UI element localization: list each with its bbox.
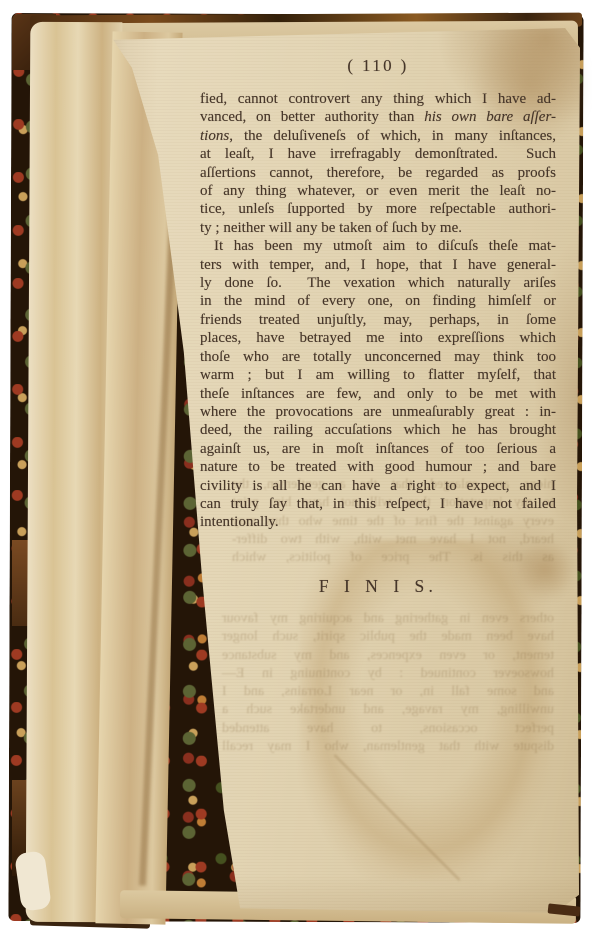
text-line: aſſertions cannot, therefore, be regarde… (200, 164, 556, 182)
text-line: tement, or even expences, and my substan… (222, 647, 554, 665)
text-line: vanced, on better authority than his own… (200, 108, 556, 126)
text-line: as this is. The price of politics, which (232, 549, 554, 567)
paragraph-1: fied, cannot controvert any thing which … (200, 90, 556, 237)
text-line: civility is all he can have a right to e… (200, 477, 556, 495)
text-line: have been made the public spirit, such l… (222, 628, 554, 646)
text-line: heard, not I have met with, with two dif… (232, 531, 554, 549)
text-line: ly done ſo. The vexation which naturally… (200, 274, 556, 292)
text-line: friends treated unjuſtly, may, perhaps, … (200, 311, 556, 329)
text-line: where the provocations are unmeaſurably … (200, 403, 556, 421)
text-line: of any thing whatever, or even merit the… (200, 182, 556, 200)
text-line: places, have betrayed me into expreſſion… (200, 329, 556, 347)
text-line: unwilling, my ravage, and undertake such… (222, 701, 554, 719)
text-line: can truly ſay that, in this reſpect, I h… (200, 495, 556, 513)
text-line: others even in gathering and acquiring m… (222, 610, 554, 628)
text-line: and some fall in, or near Lorrains, and … (222, 683, 554, 701)
text-line: tions, the deluſiveneſs of which, in man… (200, 127, 556, 145)
body-text: fied, cannot controvert any thing which … (200, 90, 556, 532)
text-line: deed, the railing accuſations which he h… (200, 421, 556, 439)
show-through-text-lower: others even in gathering and acquiring m… (222, 610, 554, 756)
text-line: ty ; neither will any be taken of ſuch b… (200, 219, 556, 237)
text-line: warm ; but I am willing to flatter myſel… (200, 366, 556, 384)
text-line: fied, cannot controvert any thing which … (200, 90, 556, 108)
book-photo: nions are enlarged, that the a gentleman… (0, 0, 592, 950)
page-number-header: ( 110 ) (200, 56, 556, 76)
text-line: It has been my utmoſt aim to diſcuſs the… (200, 237, 556, 255)
text-line: thoſe who are totally unconcerned may th… (200, 348, 556, 366)
text-line: in the mind of every one, on finding him… (200, 292, 556, 310)
text-line: theſe inſtances are few, and only to be … (200, 385, 556, 403)
text-line: howsoever continued : by continuing in E… (222, 665, 554, 683)
finis-label: F I N I S. (200, 576, 556, 597)
text-line: at leaſt, I have irrefragably demonſtrat… (200, 145, 556, 163)
text-line: perfect occasions, to have attended (222, 720, 554, 738)
paragraph-2: It has been my utmoſt aim to diſcuſs the… (200, 237, 556, 532)
text-line: tice, unleſs ſupported by more reſpectab… (200, 200, 556, 218)
text-line: intentionally. (200, 513, 556, 531)
text-line: ters with temper, and, I hope, that I ha… (200, 256, 556, 274)
text-line: dispute with that gentleman, who I may r… (222, 738, 554, 756)
text-line: againſt us, are in moſt inſtances of too… (200, 440, 556, 458)
text-line: nature to be treated with good humour ; … (200, 458, 556, 476)
